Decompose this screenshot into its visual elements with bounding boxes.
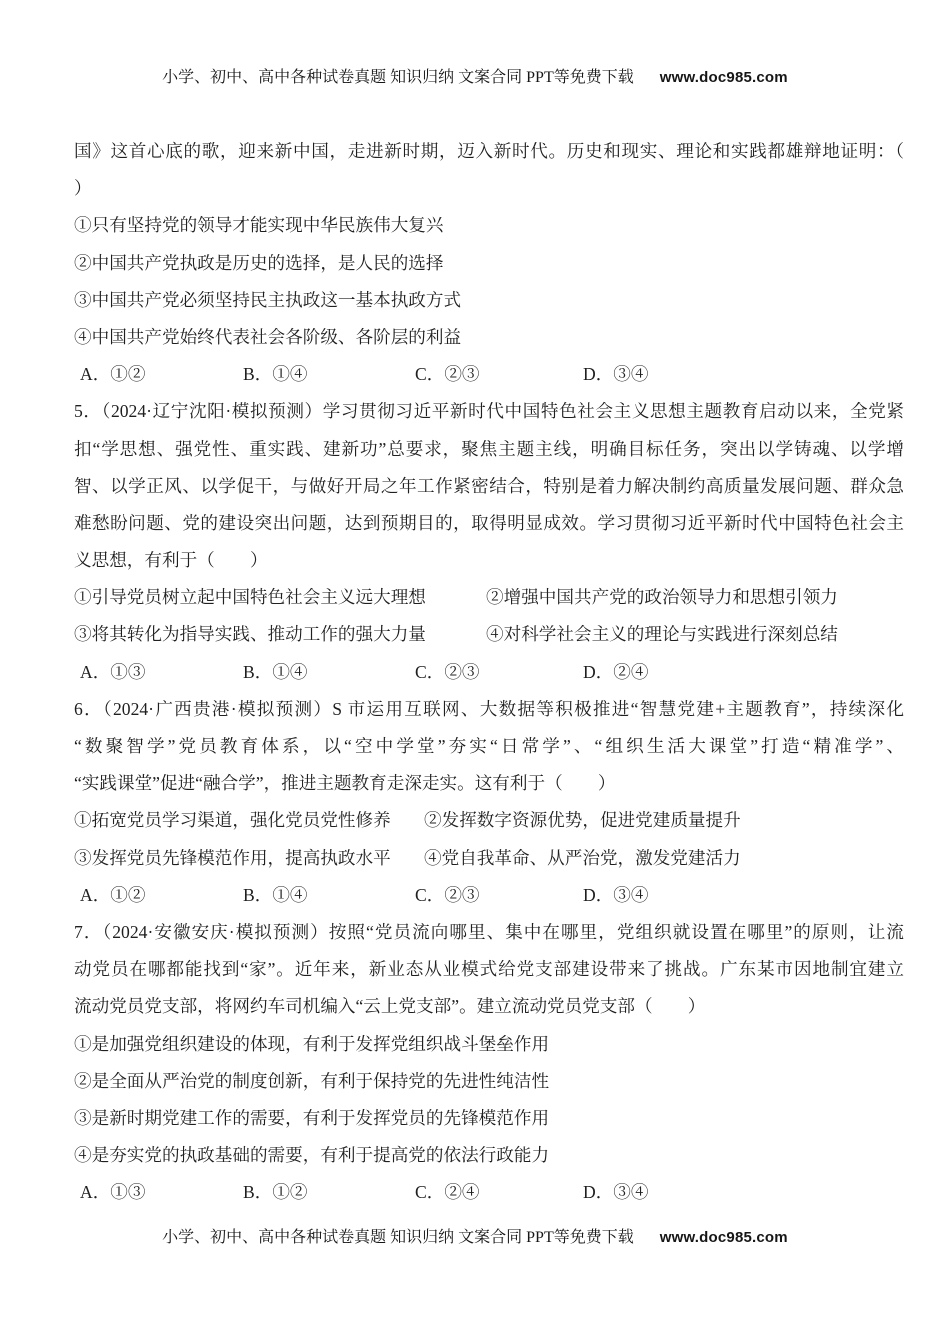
q7-stem-line-1: 7．（2024·安徽安庆·模拟预测）按照“党员流向哪里、集中在哪里，党组织就设置…: [74, 914, 904, 951]
q4-statement-4: ④中国共产党始终代表社会各阶级、各阶层的利益: [74, 319, 904, 356]
q5-statement-2: ②增强中国共产党的政治领导力和思想引领力: [486, 587, 838, 607]
page-footer: 小学、初中、高中各种试卷真题 知识归纳 文案合同 PPT等免费下载www.doc…: [0, 1224, 950, 1247]
q6-statement-2: ②发挥数字资源优势，促进党建质量提升: [424, 810, 741, 830]
q6-option-d: D．③④: [583, 877, 649, 914]
q7-stem-line-3: 流动党员党支部，将网约车司机编入“云上党支部”。建立流动党员党支部（ ）: [74, 988, 904, 1025]
q5-option-c: C．②③: [415, 654, 583, 691]
document-page: 小学、初中、高中各种试卷真题 知识归纳 文案合同 PPT等免费下载www.doc…: [0, 0, 950, 1344]
q4-statement-2: ②中国共产党执政是历史的选择，是人民的选择: [74, 245, 904, 282]
q5-statement-4: ④对科学社会主义的理论与实践进行深刻总结: [486, 624, 838, 644]
page-header: 小学、初中、高中各种试卷真题 知识归纳 文案合同 PPT等免费下载www.doc…: [0, 64, 950, 87]
header-text: 小学、初中、高中各种试卷真题 知识归纳 文案合同 PPT等免费下载: [162, 69, 634, 86]
footer-url: www.doc985.com: [660, 1229, 788, 1246]
q5-option-a: A．①③: [80, 654, 243, 691]
q4-stem-line-2: ）: [74, 170, 904, 207]
q5-option-b: B．①④: [243, 654, 415, 691]
q6-option-a: A．①②: [80, 877, 243, 914]
q7-statement-3: ③是新时期党建工作的需要，有利于发挥党员的先锋模范作用: [74, 1100, 904, 1137]
q6-statement-4: ④党自我革命、从严治党，激发党建活力: [424, 848, 741, 868]
q7-statement-4: ④是夯实党的执政基础的需要，有利于提高党的依法行政能力: [74, 1137, 904, 1174]
q7-option-a: A．①③: [80, 1174, 243, 1211]
q7-statement-1: ①是加强党组织建设的体现，有利于发挥党组织战斗堡垒作用: [74, 1026, 904, 1063]
q6-option-c: C．②③: [415, 877, 583, 914]
q7-option-b: B．①②: [243, 1174, 415, 1211]
q6-statement-1: ①拓宽党员学习渠道，强化党员党性修养: [74, 802, 424, 839]
q6-stem-line-1: 6．（2024·广西贵港·模拟预测）S 市运用互联网、大数据等积极推进“智慧党建…: [74, 691, 904, 728]
q5-stem-line-5: 义思想，有利于（ ）: [74, 542, 904, 579]
q4-statement-3: ③中国共产党必须坚持民主执政这一基本执政方式: [74, 282, 904, 319]
q4-option-c: C．②③: [415, 356, 583, 393]
q5-option-d: D．②④: [583, 654, 649, 691]
q5-statement-pair-1: ①引导党员树立起中国特色社会主义远大理想②增强中国共产党的政治领导力和思想引领力: [74, 579, 904, 616]
q4-statement-1: ①只有坚持党的领导才能实现中华民族伟大复兴: [74, 207, 904, 244]
q4-option-d: D．③④: [583, 356, 649, 393]
q6-option-b: B．①④: [243, 877, 415, 914]
q7-option-d: D．③④: [583, 1174, 649, 1211]
q7-options-row: A．①③B．①②C．②④D．③④: [74, 1174, 904, 1211]
q5-stem-line-3: 智、以学正风、以学促干，与做好开局之年工作紧密结合，特别是着力解决制约高质量发展…: [74, 468, 904, 505]
q6-statement-3: ③发挥党员先锋模范作用，提高执政水平: [74, 840, 424, 877]
q7-statement-2: ②是全面从严治党的制度创新，有利于保持党的先进性纯洁性: [74, 1063, 904, 1100]
q4-option-b: B．①④: [243, 356, 415, 393]
document-body: 国》这首心底的歌，迎来新中国，走进新时期，迈入新时代。历史和现实、理论和实践都雄…: [74, 133, 904, 1211]
header-url: www.doc985.com: [660, 69, 788, 86]
q7-stem-line-2: 动党员在哪都能找到“家”。近年来，新业态从业模式给党支部建设带来了挑战。广东某市…: [74, 951, 904, 988]
q4-option-a: A．①②: [80, 356, 243, 393]
q6-statement-pair-1: ①拓宽党员学习渠道，强化党员党性修养②发挥数字资源优势，促进党建质量提升: [74, 802, 904, 839]
q5-stem-line-1: 5．（2024·辽宁沈阳·模拟预测）学习贯彻习近平新时代中国特色社会主义思想主题…: [74, 393, 904, 430]
q6-stem-line-2: “数聚智学”党员教育体系，以“空中学堂”夯实“日常学”、“组织生活大课堂”打造“…: [74, 728, 904, 765]
footer-text: 小学、初中、高中各种试卷真题 知识归纳 文案合同 PPT等免费下载: [162, 1229, 634, 1246]
q6-stem-line-3: “实践课堂”促进“融合学”，推进主题教育走深走实。这有利于（ ）: [74, 765, 904, 802]
q4-stem-line-1: 国》这首心底的歌，迎来新中国，走进新时期，迈入新时代。历史和现实、理论和实践都雄…: [74, 133, 904, 170]
q5-statement-3: ③将其转化为指导实践、推动工作的强大力量: [74, 616, 486, 653]
q6-options-row: A．①②B．①④C．②③D．③④: [74, 877, 904, 914]
q7-option-c: C．②④: [415, 1174, 583, 1211]
q5-options-row: A．①③B．①④C．②③D．②④: [74, 654, 904, 691]
q5-statement-1: ①引导党员树立起中国特色社会主义远大理想: [74, 579, 486, 616]
q5-stem-line-4: 难愁盼问题、党的建设突出问题，达到预期目的，取得明显成效。学习贯彻习近平新时代中…: [74, 505, 904, 542]
q4-options-row: A．①②B．①④C．②③D．③④: [74, 356, 904, 393]
q5-statement-pair-2: ③将其转化为指导实践、推动工作的强大力量④对科学社会主义的理论与实践进行深刻总结: [74, 616, 904, 653]
q6-statement-pair-2: ③发挥党员先锋模范作用，提高执政水平④党自我革命、从严治党，激发党建活力: [74, 840, 904, 877]
q5-stem-line-2: 扣“学思想、强党性、重实践、建新功”总要求，聚焦主题主线，明确目标任务，突出以学…: [74, 431, 904, 468]
